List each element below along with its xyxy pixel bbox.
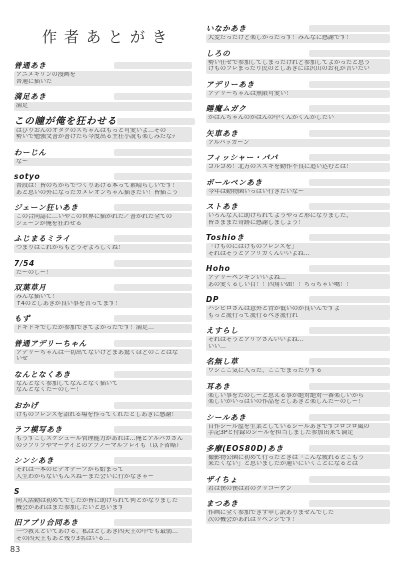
comment-line: 手記3Pと付録のシールを担当しました参加出来て満足 xyxy=(208,430,388,437)
author-entry: 普通あきアニメキリンの漫画を普通に描いた xyxy=(14,61,192,86)
comment-line: ↑4のとしあきが良い事を言ってます！ xyxy=(16,301,190,308)
author-entry: DPハシビロさんは意外と背が低いのが良いんですよもっと流行って流行るべき流行れ xyxy=(206,295,390,320)
comment-line: アルパッカーン xyxy=(208,140,388,147)
page-number: 83 xyxy=(10,545,20,554)
author-name: S xyxy=(14,487,20,496)
highlight-bar xyxy=(114,315,192,322)
author-name-row: フィッシャー・パパ xyxy=(206,153,390,162)
author-comment: ハシビロさんは意外と背が低いのが良いんですよもっと流行って流行るべき流行れ xyxy=(206,305,390,320)
comment-line: アデリーちゃんは無限可愛い！ xyxy=(208,91,388,98)
highlight-bar xyxy=(114,426,192,433)
comment-line: なんとなくたーのしー！ xyxy=(16,387,190,394)
comment-line: それはそうとアフリカくんいいよね… xyxy=(208,251,388,258)
author-comment: それは一本のビデオテープから始まって人生わからないもんスねーまた会いに行かなきゃ… xyxy=(14,466,192,481)
author-entry: フィッシャー・パパゴルゴめ！北方のスズキを動作不良に追い込むとは！ xyxy=(206,153,390,172)
comment-line: 大変だったけど楽しかったっす！みんなに感謝です！ xyxy=(208,35,388,42)
highlight-bar xyxy=(309,445,390,452)
author-comment: アデリーちゃんは無限可愛い！ xyxy=(206,90,390,99)
highlight-bar xyxy=(114,149,192,156)
author-name: なんとなくあき xyxy=(14,370,71,379)
author-comment: 勢い任せで参加してしまったけれど参加してよかったと思うけものフレまったり民のとし… xyxy=(206,59,390,74)
author-entry: ジェーン狂いあきこの合同誌に…いやこの世界に描かれた／書かれた全てのジェーンが俺… xyxy=(14,203,192,228)
page-title: 作者あとがき xyxy=(42,26,192,47)
author-name-row: なんとなくあき xyxy=(14,370,192,379)
comment-line: 次の機会があればリベンジです！ xyxy=(208,517,388,524)
author-entry: 多摩(EOS80D)あき撮影物公園に初めて行ったときは「こんな疲れるとこもう来た… xyxy=(206,444,390,469)
author-name-row: この瞳が俺を狂わせる xyxy=(14,117,192,126)
comment-line: のラブリブやマーゲイとのアブノーマルプレイも（以下省略） xyxy=(16,443,190,450)
author-comment: 一つ教えといてあげる、私はとしあき四天王の中でも最弱…その四天王もあと残り3名は… xyxy=(14,528,192,543)
author-name-row: おかげ xyxy=(14,401,192,410)
author-comment: みんな描いて！↑4のとしあきが良い事を言ってます！ xyxy=(14,293,192,308)
author-comment: ゴルゴめ！北方のスズキを動作不良に追い込むとは！ xyxy=(206,163,390,172)
author-name-row: sotyo xyxy=(14,172,192,181)
comment-line: もっと流行って流行るべき流行れ xyxy=(208,313,388,320)
author-entry: シールあき自作シール屋を生業としているシールあきですコロコロ風の手記3Pと付録の… xyxy=(206,413,390,438)
author-name-row: シールあき xyxy=(206,413,390,422)
author-name-row: 双葉草月 xyxy=(14,283,192,292)
author-comment: それはそうとアリツさんいいよね…いい… xyxy=(206,336,390,351)
author-entry: 満足あき満足 xyxy=(14,92,192,111)
highlight-bar xyxy=(309,50,390,57)
comment-line: その四天王もあと残り3名はいる… xyxy=(16,536,190,543)
author-name: 睡魔ムガク xyxy=(206,104,247,113)
author-comment: つまりはこれからもどうぞよろしくね！ xyxy=(14,244,192,253)
author-name: おかげ xyxy=(14,401,38,410)
author-comment: なー xyxy=(14,158,192,167)
highlight-bar xyxy=(114,457,192,464)
author-entry: 双葉草月みんな描いて！↑4のとしあきが良い事を言ってます！ xyxy=(14,283,192,308)
author-name: 旧アプリ合同あき xyxy=(14,518,79,527)
author-name-row: 多摩(EOS80D)あき xyxy=(206,444,390,453)
highlight-bar xyxy=(114,204,192,211)
author-name-row: しろの xyxy=(206,49,390,58)
author-entry: ストあきいろんな人に助けられてようやっと形になりました、皆さままた奇跡に感謝しま… xyxy=(206,202,390,227)
author-name: 多摩(EOS80D)あき xyxy=(206,444,284,453)
comment-line: いい… xyxy=(208,344,388,351)
author-comment: 大変だったけど楽しかったっす！みんなに感謝です！ xyxy=(206,34,390,43)
comment-line: 機会があればまた参加したいと思います xyxy=(16,505,190,512)
author-name: シールあき xyxy=(206,413,246,422)
author-comment: 撮影物公園に初めて行ったときは「こんな疲れるとこもう来たくない」と思いましたが通… xyxy=(206,454,390,469)
author-name: ジェーン狂いあき xyxy=(14,203,79,212)
author-name-row: いなかあき xyxy=(206,24,390,33)
highlight-bar xyxy=(309,130,390,137)
author-entry: Toshioき「けものにはけものフレンズを」それはそうとアフリカくんいいよね… xyxy=(206,233,390,258)
author-name: 普通あき xyxy=(14,61,46,70)
author-entry: いなかあき大変だったけど楽しかったっす！みんなに感謝です！ xyxy=(206,24,390,43)
author-name-row: えすらし xyxy=(206,326,390,335)
author-entry: この瞳が俺を狂わせるばびりおんのオタクのスちゃんはもっと可愛いよ…その勢いで勉強… xyxy=(14,117,192,142)
author-entry: 睡魔ムガクかばんちゃんのかばんの中くんかくんかしたい xyxy=(206,104,390,123)
author-name-row: 満足あき xyxy=(14,92,192,101)
comment-line: かばんちゃんのかばんの中くんかくんかしたい xyxy=(208,115,388,122)
author-comment: 「けものにはけものフレンズを」それはそうとアフリカくんいいよね… xyxy=(206,243,390,258)
author-name-row: S xyxy=(14,487,192,496)
author-name-row: わーじん xyxy=(14,148,192,157)
author-name-row: まつあき xyxy=(206,499,390,508)
author-name-row: 睡魔ムガク xyxy=(206,104,390,113)
author-comment: 普段は！皆のちからでつくりあげる本って素晴らしいです！あと思いの外になったカメレ… xyxy=(14,182,192,197)
two-column-layout: 作者あとがき 普通あきアニメキリンの漫画を普通に描いた満足あき満足この瞳が俺を狂… xyxy=(14,24,390,549)
comment-line: 今年は動物園いっぱい行きたいなー xyxy=(208,189,388,196)
author-name: Toshioき xyxy=(206,233,245,242)
highlight-bar xyxy=(309,500,390,507)
author-name: ストあき xyxy=(206,202,238,211)
author-comment: 満足 xyxy=(14,102,192,111)
comment-line: 勢いで勉強文書が書けたら今度出る主狂小説も楽しみだなｯ xyxy=(16,134,190,141)
author-entry: 名無し草ワシここ気に入った、ここでまったりする xyxy=(206,357,390,376)
comment-line: あの愛くるしい目！！四角い頭！！ちっちゃい嘴！！ xyxy=(208,282,388,289)
author-comment: なんとなく参加してなんとなく描いてなんとなくたーのしー！ xyxy=(14,380,192,395)
author-name-row: 旧アプリ合同あき xyxy=(14,518,192,527)
highlight-bar xyxy=(114,371,192,378)
author-name: シンシあき xyxy=(14,456,54,465)
highlight-bar xyxy=(309,327,390,334)
author-name: 普通アデリーちゃん xyxy=(14,339,87,348)
highlight-bar xyxy=(309,81,390,88)
comment-line: 満足 xyxy=(16,103,190,110)
author-entry: ザイちょ君は僕の僕は君のグリコーゲン xyxy=(206,475,390,494)
author-entry: えすらしそれはそうとアリツさんいいよね…いい… xyxy=(206,326,390,351)
highlight-bar xyxy=(309,105,390,112)
highlight-bar xyxy=(309,179,390,186)
comment-line: あと思いの外になったカメレオンちゃん描きたい！皆描こう xyxy=(16,190,190,197)
author-entry: まつあき作画に全く参加できず申し訳ありませんでした次の機会があればリベンジです！ xyxy=(206,499,390,524)
author-name: 名無し草 xyxy=(206,357,238,366)
author-comment: アデリーちゃんは一切出てないけどまあ驚くほどのことはないぜ xyxy=(14,349,192,364)
author-name-row: DP xyxy=(206,295,390,304)
author-name: この瞳が俺を狂わせる xyxy=(14,117,117,126)
author-name: 満足あき xyxy=(14,92,46,101)
author-entry: シンシあきそれは一本のビデオテープから始まって人生わからないもんスねーまた会いに… xyxy=(14,456,192,481)
highlight-bar xyxy=(309,383,390,390)
author-name-row: シンシあき xyxy=(14,456,192,465)
author-name: フィッシャー・パパ xyxy=(206,153,278,162)
author-name: sotyo xyxy=(14,172,40,181)
author-entry: もずドキドキでしたが参加できてよかったです！満足… xyxy=(14,314,192,333)
author-name: ラフ模写あき xyxy=(14,425,63,434)
author-name-row: ふじまるミライ xyxy=(14,234,192,243)
author-name: ふじまるミライ xyxy=(14,234,70,243)
author-name-row: Toshioき xyxy=(206,233,390,242)
author-name-row: ストあき xyxy=(206,202,390,211)
author-name-row: 耳あき xyxy=(206,382,390,391)
comment-line: けものフレまったり民のとしあきには沢山のお礼が言いたい xyxy=(208,66,388,73)
left-column: 作者あとがき 普通あきアニメキリンの漫画を普通に描いた満足あき満足この瞳が俺を狂… xyxy=(14,24,192,549)
author-name-row: 普通アデリーちゃん xyxy=(14,339,192,348)
highlight-bar xyxy=(114,488,192,495)
author-name-row: 矢車あき xyxy=(206,129,390,138)
author-comment: かばんちゃんのかばんの中くんかくんかしたい xyxy=(206,114,390,123)
author-name-row: 名無し草 xyxy=(206,357,390,366)
author-comment: 作画に全く参加できず申し訳ありませんでした次の機会があればリベンジです！ xyxy=(206,509,390,524)
author-entry: 旧アプリ合同あき一つ教えといてあげる、私はとしあき四天王の中でも最弱…その四天王… xyxy=(14,518,192,543)
author-comment: ワシここ気に入った、ここでまったりする xyxy=(206,367,390,376)
author-name: 双葉草月 xyxy=(14,283,46,292)
highlight-bar xyxy=(309,25,390,32)
highlight-bar xyxy=(114,402,192,409)
highlight-bar xyxy=(309,358,390,365)
author-name-row: ザイちょ xyxy=(206,475,390,484)
comment-line: 人生わからないもんスねーまた会いに行かなきゃー xyxy=(16,474,190,481)
author-name: もず xyxy=(14,314,30,323)
author-name-row: 普通あき xyxy=(14,61,192,70)
author-name-row: ラフ模写あき xyxy=(14,425,192,434)
comment-line: いぜ xyxy=(16,356,190,363)
highlight-bar xyxy=(114,235,192,242)
author-name-row: Hoho xyxy=(206,264,390,273)
author-entry: 普通アデリーちゃんアデリーちゃんは一切出てないけどまあ驚くほどのことはないぜ xyxy=(14,339,192,364)
comment-line: 来たくない」と思いましたが通いにいくことになるとは xyxy=(208,461,388,468)
author-entry: S同人活動は初めてでしたが皆に助けられて何とかなりました機会があればまた参加した… xyxy=(14,487,192,512)
author-name-row: ジェーン狂いあき xyxy=(14,203,192,212)
author-entry: わーじんなー xyxy=(14,148,192,167)
author-name: いなかあき xyxy=(206,24,247,33)
highlight-bar xyxy=(309,154,390,161)
highlight-bar xyxy=(114,340,192,347)
author-comment: ドキドキでしたが参加できてよかったです！満足… xyxy=(14,324,192,333)
comment-line: ドキドキでしたが参加できてよかったです！満足… xyxy=(16,325,190,332)
author-name: しろの xyxy=(206,49,230,58)
right-column: いなかあき大変だったけど楽しかったっす！みんなに感謝です！しろの勢い任せで参加し… xyxy=(206,24,390,549)
author-name: 耳あき xyxy=(206,382,230,391)
comment-line: 普通に描いた xyxy=(16,79,190,86)
author-entry: なんとなくあきなんとなく参加してなんとなく描いてなんとなくたーのしー！ xyxy=(14,370,192,395)
comment-line: 君は僕の僕は君のグリコーゲン xyxy=(208,486,388,493)
comment-line: たーのしー！ xyxy=(16,270,190,277)
author-name: アデリーあき xyxy=(206,80,255,89)
highlight-bar xyxy=(114,173,192,180)
author-name: DP xyxy=(206,295,219,304)
comment-line: けものフレンズを語れる場を作ってくれたとしあきに感謝！ xyxy=(16,412,190,419)
author-name: 矢車あき xyxy=(206,129,238,138)
highlight-bar xyxy=(309,203,390,210)
author-comment: 同人活動は初めてでしたが皆に助けられて何とかなりました機会があればまた参加したい… xyxy=(14,497,192,512)
author-entry: おかげけものフレンズを語れる場を作ってくれたとしあきに感謝！ xyxy=(14,401,192,420)
highlight-bar xyxy=(114,93,192,100)
comment-line: ジェーンが俺を狂わせる xyxy=(16,221,190,228)
author-name-row: もず xyxy=(14,314,192,323)
comment-line: 皆さままた奇跡に感謝しましょう！ xyxy=(208,220,388,227)
highlight-bar xyxy=(309,476,390,483)
author-name-row: ボールペンあき xyxy=(206,178,390,187)
author-comment: アニメキリンの漫画を普通に描いた xyxy=(14,71,192,86)
highlight-bar xyxy=(309,414,390,421)
author-name: Hoho xyxy=(206,264,230,273)
author-entry: 耳あき楽しい事をたのしーと思える事が絶対絶対一番楽しいから楽しいがいっぱいの作品… xyxy=(206,382,390,407)
author-entry: sotyo普段は！皆のちからでつくりあげる本って素晴らしいです！あと思いの外にな… xyxy=(14,172,192,197)
author-name: ザイちょ xyxy=(206,475,238,484)
author-name: えすらし xyxy=(206,326,238,335)
highlight-bar xyxy=(117,118,195,125)
author-comment: この合同誌に…いやこの世界に描かれた／書かれた全てのジェーンが俺を狂わせる xyxy=(14,213,192,228)
author-name: まつあき xyxy=(206,499,238,508)
author-entry: ふじまるミライつまりはこれからもどうぞよろしくね！ xyxy=(14,234,192,253)
author-entry: ラフ模写あきもうすこしスケジュール管理能力があれば…俺とアルパカさんのラブリブや… xyxy=(14,425,192,450)
author-comment: 楽しい事をたのしーと思える事が絶対絶対一番楽しいから楽しいがいっぱいの作品をとし… xyxy=(206,392,390,407)
author-name: ボールペンあき xyxy=(206,178,263,187)
comment-line: ゴルゴめ！北方のスズキを動作不良に追い込むとは！ xyxy=(208,164,388,171)
highlight-bar xyxy=(114,62,192,69)
comment-line: ワシここ気に入った、ここでまったりする xyxy=(208,368,388,375)
author-entry: Hohoアデリーペンギンいいよね…あの愛くるしい目！！四角い頭！！ちっちゃい嘴！… xyxy=(206,264,390,289)
author-comment: 君は僕の僕は君のグリコーゲン xyxy=(206,485,390,494)
author-comment: けものフレンズを語れる場を作ってくれたとしあきに感謝！ xyxy=(14,411,192,420)
author-name: わーじん xyxy=(14,148,46,157)
author-comment: ばびりおんのオタクのスちゃんはもっと可愛いよ…その勢いで勉強文書が書けたら今度出… xyxy=(14,127,192,142)
author-comment: アルパッカーン xyxy=(206,139,390,148)
comment-line: 楽しいがいっぱいの作品をとしあきと楽しんたーのしー！ xyxy=(208,399,388,406)
author-entry: アデリーあきアデリーちゃんは無限可愛い！ xyxy=(206,80,390,99)
highlight-bar xyxy=(114,519,192,526)
highlight-bar xyxy=(114,260,192,267)
author-name-row: 7/54 xyxy=(14,259,192,268)
author-entry: 矢車あきアルパッカーン xyxy=(206,129,390,148)
author-name-row: アデリーあき xyxy=(206,80,390,89)
highlight-bar xyxy=(309,265,390,272)
author-comment: 自作シール屋を生業としているシールあきですコロコロ風の手記3Pと付録のシールを担… xyxy=(206,423,390,438)
comment-line: つまりはこれからもどうぞよろしくね！ xyxy=(16,245,190,252)
highlight-bar xyxy=(114,284,192,291)
author-comment: たーのしー！ xyxy=(14,269,192,278)
author-name: 7/54 xyxy=(14,259,35,268)
highlight-bar xyxy=(309,296,390,303)
comment-line: アデリーちゃんは一切出てないけどまあ驚くほどのことはな xyxy=(16,350,190,357)
author-comment: 今年は動物園いっぱい行きたいなー xyxy=(206,188,390,197)
author-comment: いろんな人に助けられてようやっと形になりました、皆さままた奇跡に感謝しましょう！ xyxy=(206,212,390,227)
author-entry: しろの勢い任せで参加してしまったけれど参加してよかったと思うけものフレまったり民… xyxy=(206,49,390,74)
author-entry: 7/54たーのしー！ xyxy=(14,259,192,278)
author-comment: もうすこしスケジュール管理能力があれば…俺とアルパカさんのラブリブやマーゲイとの… xyxy=(14,435,192,450)
comment-line: なー xyxy=(16,159,190,166)
highlight-bar xyxy=(309,234,390,241)
author-entry: ボールペンあき今年は動物園いっぱい行きたいなー xyxy=(206,178,390,197)
author-comment: アデリーペンギンいいよね…あの愛くるしい目！！四角い頭！！ちっちゃい嘴！！ xyxy=(206,274,390,289)
afterword-page: 作者あとがき 普通あきアニメキリンの漫画を普通に描いた満足あき満足この瞳が俺を狂… xyxy=(0,0,400,565)
